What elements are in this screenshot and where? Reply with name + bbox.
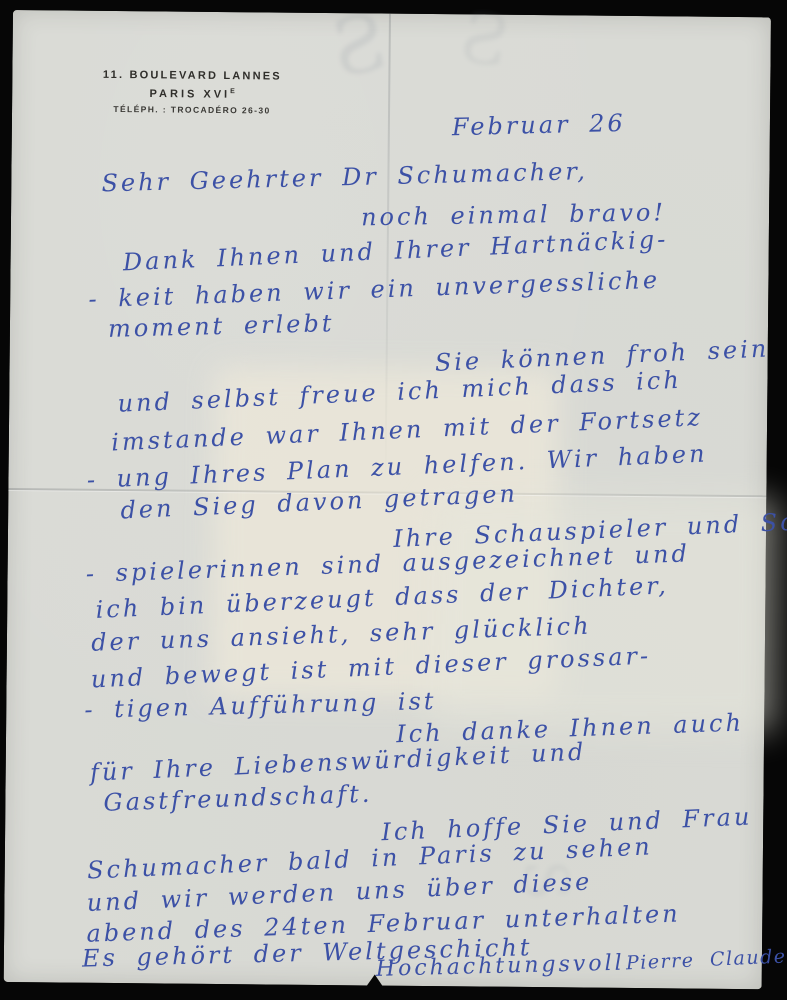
handwritten-line: Gastfreundschaft. bbox=[103, 782, 373, 815]
letterhead-city-sup: E bbox=[230, 88, 235, 95]
letterhead-phone: TÉLÉPH. : TROCADÉRO 26-30 bbox=[92, 101, 292, 117]
signature: Pierre Claudel bbox=[626, 947, 787, 973]
letterhead-city-text: PARIS XVI bbox=[150, 88, 231, 101]
scan-notch bbox=[366, 974, 384, 987]
scan-background: S S S 11. BOULEVARD LANNES PARIS XVIE TÉ… bbox=[0, 0, 787, 1000]
bleedthrough-mark: S bbox=[455, 0, 515, 84]
letterhead-address: 11. BOULEVARD LANNES bbox=[92, 67, 292, 85]
handwritten-line: - keit haben wir ein unvergessliche bbox=[88, 268, 660, 311]
printed-letterhead: 11. BOULEVARD LANNES PARIS XVIE TÉLÉPH. … bbox=[92, 67, 292, 118]
letter-paper: S S S 11. BOULEVARD LANNES PARIS XVIE TÉ… bbox=[4, 10, 771, 989]
closing-line: Hochachtungsvoll bbox=[376, 953, 625, 981]
handwritten-line: für Ihre Liebenswürdigkeit und bbox=[90, 740, 587, 785]
date-line: Februar 26 bbox=[452, 111, 626, 139]
handwritten-line: noch einmal bravo! bbox=[361, 200, 666, 229]
letterhead-city: PARIS XVIE bbox=[92, 83, 292, 104]
handwritten-line: moment erlebt bbox=[108, 311, 335, 341]
handwritten-line: - tigen Aufführung ist bbox=[84, 689, 437, 722]
bleedthrough-mark: S bbox=[324, 0, 394, 96]
salutation-line: Sehr Geehrter Dr Schumacher, bbox=[101, 159, 588, 195]
